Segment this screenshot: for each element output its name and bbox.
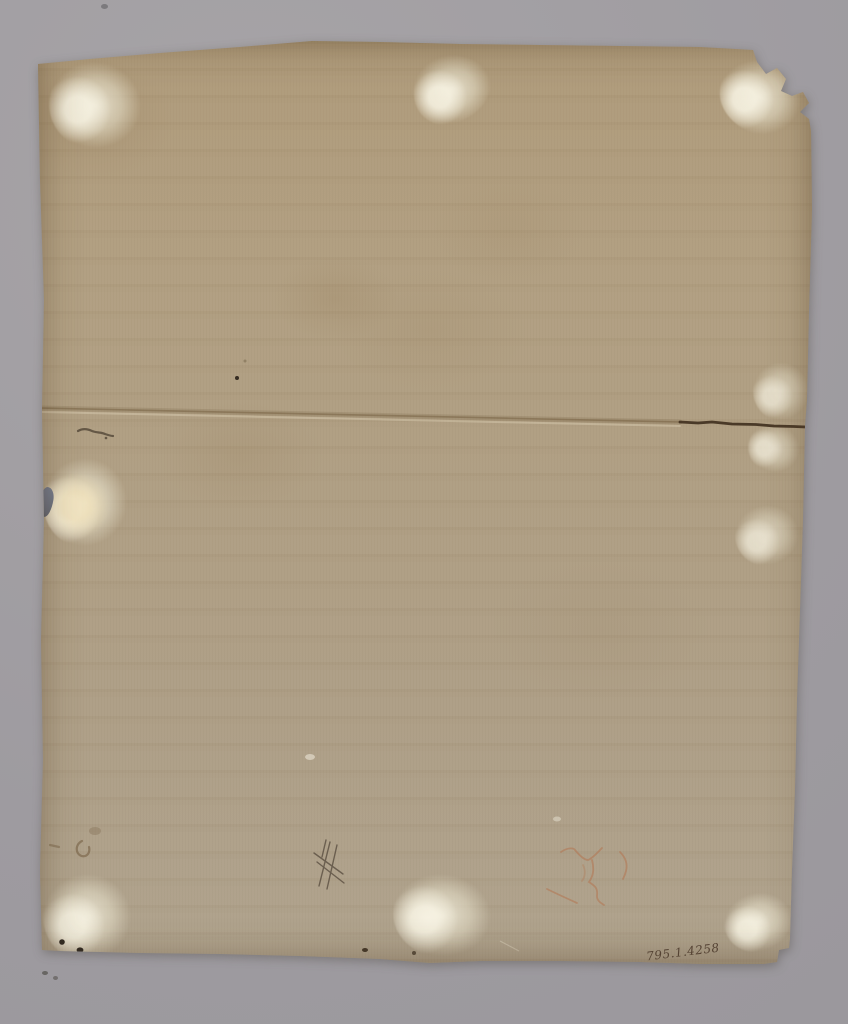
photograph-of-paper-verso: 795.1.4258 (0, 0, 848, 1024)
paper-sheet: 795.1.4258 (38, 41, 812, 964)
paper-edge-shading (38, 41, 812, 964)
paper-sheet-wrap: 795.1.4258 (0, 0, 848, 1024)
